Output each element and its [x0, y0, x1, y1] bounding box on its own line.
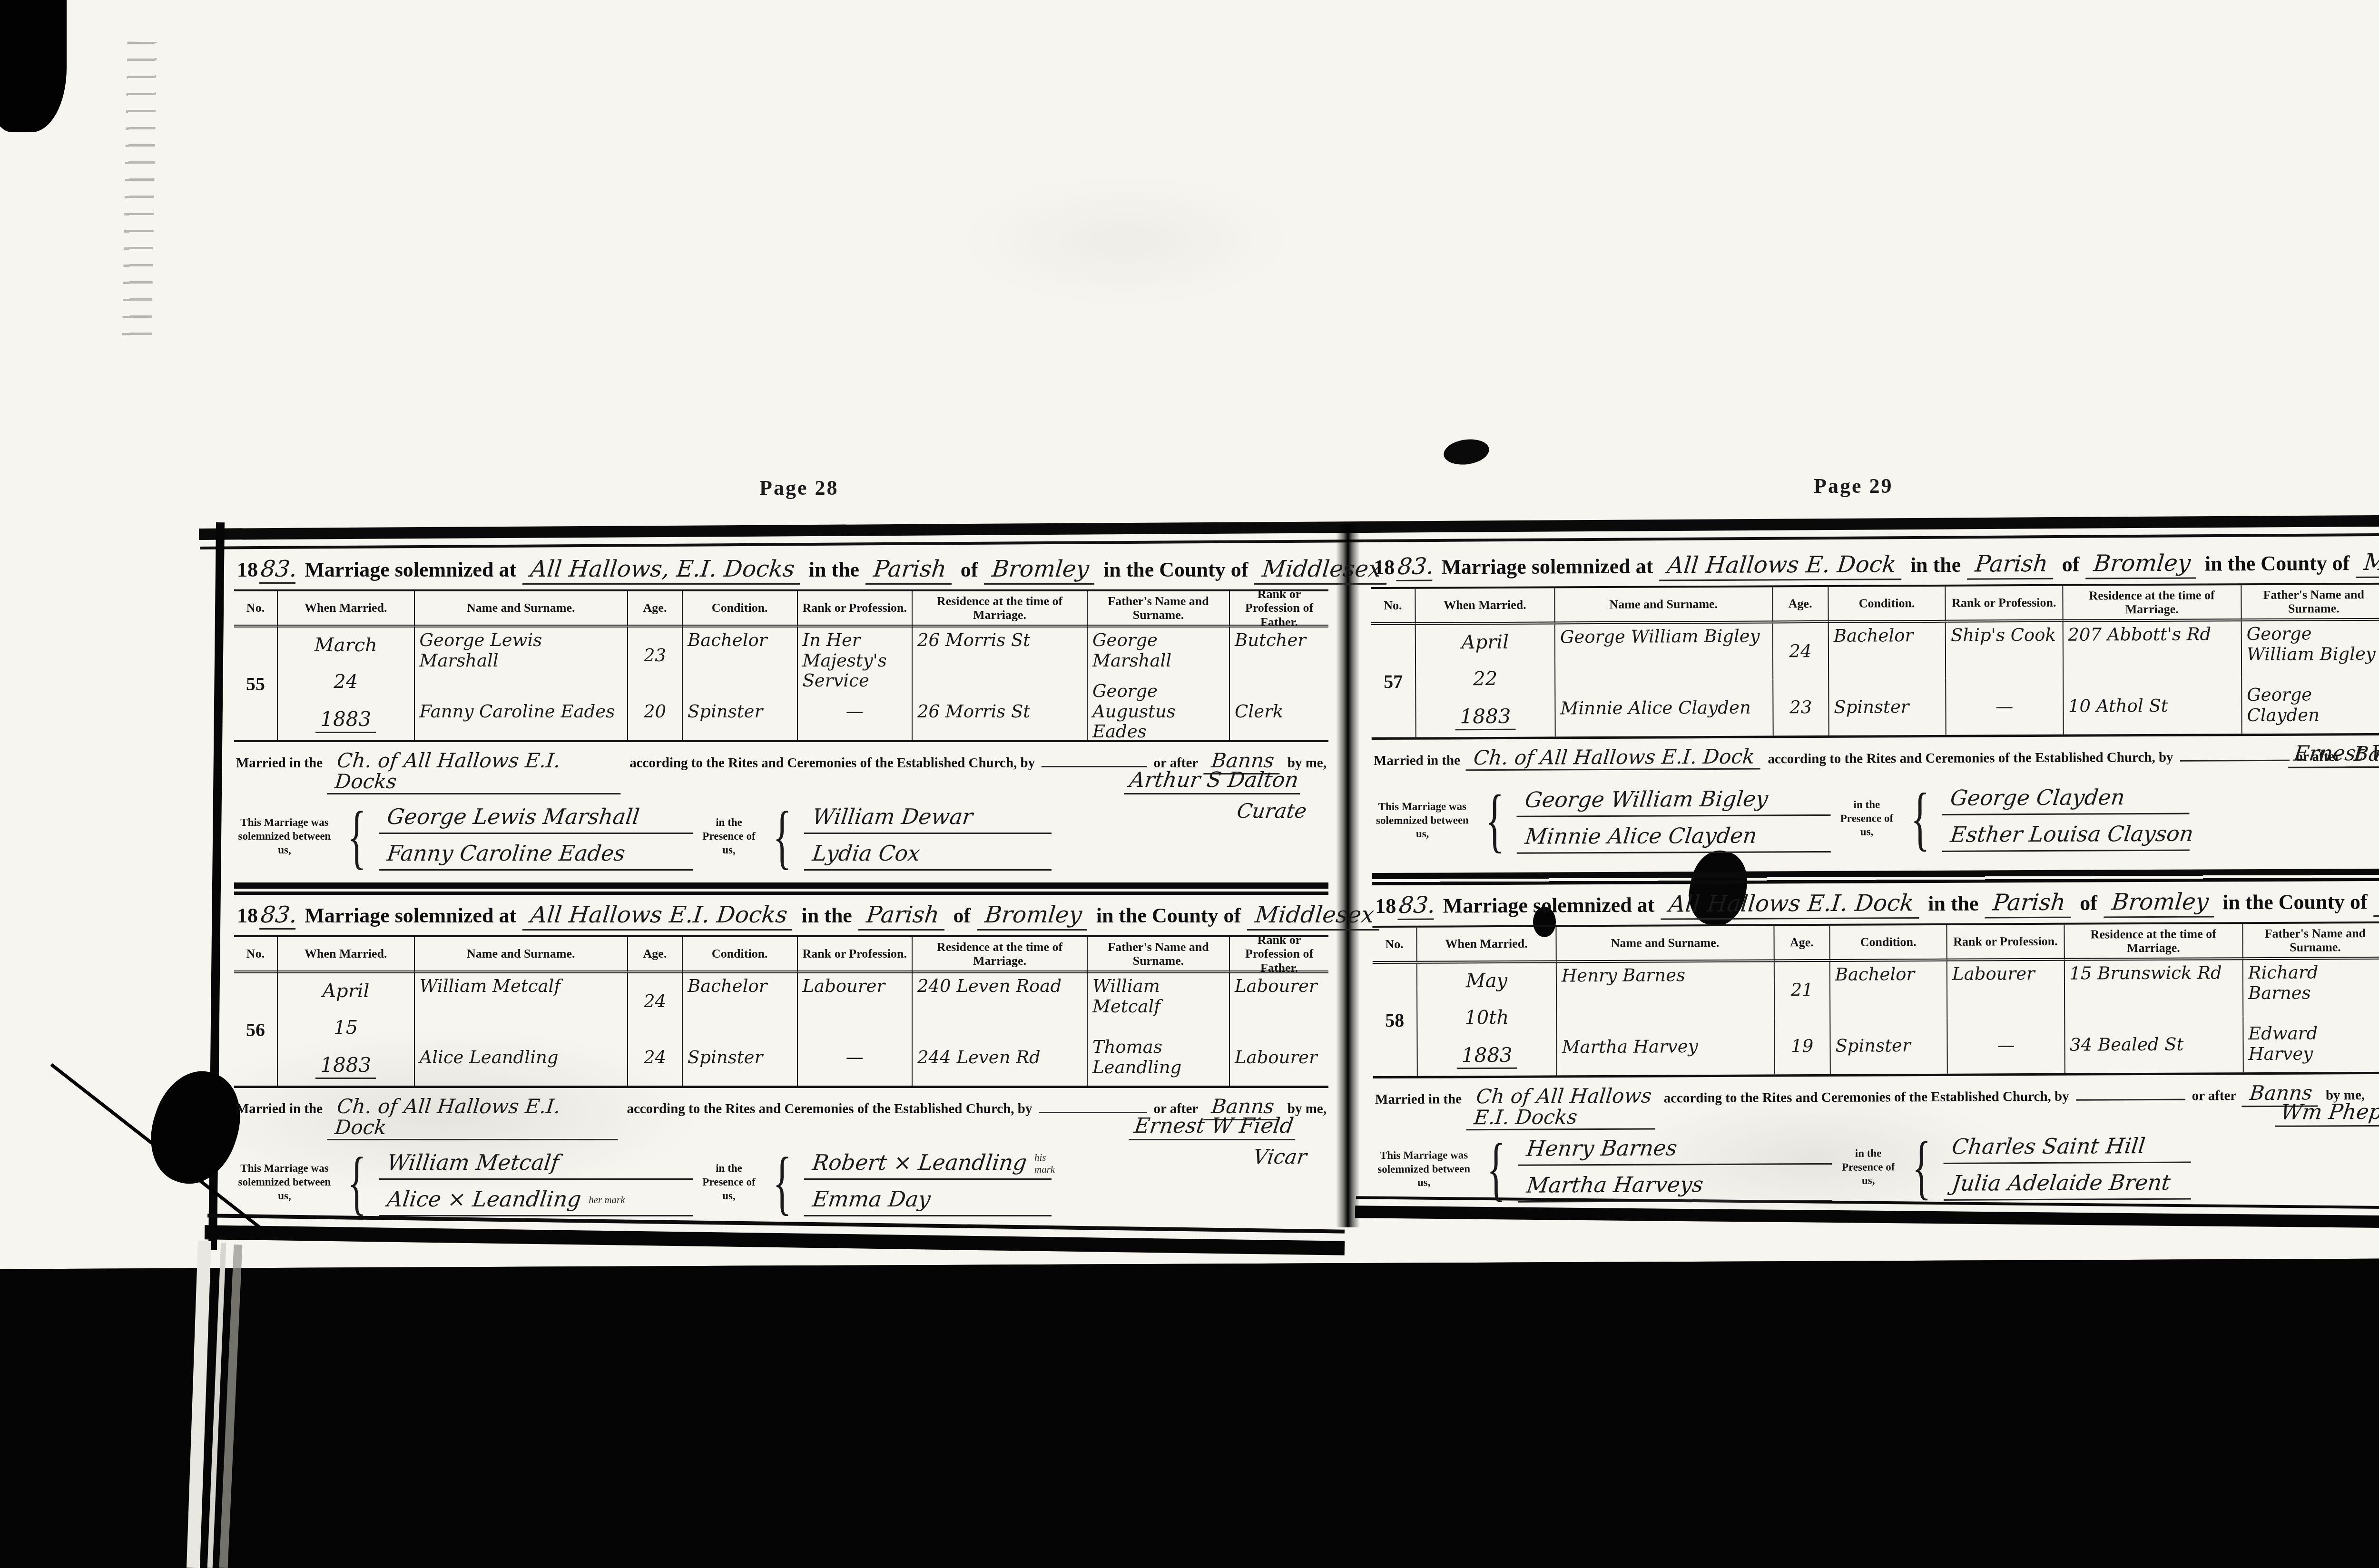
handwritten-county: Middlesex [2356, 549, 2379, 578]
bride-signature: Martha Harveys [1518, 1170, 1832, 1203]
witness-signature: Julia Adelaide Brent [1944, 1169, 2191, 1201]
printed-in-the: in the [809, 558, 859, 582]
witness-signatures: William Dewar Lydia Cox [804, 803, 1052, 871]
marriage-entry-58: 1883. Marriage solemnized at All Hallows… [1372, 882, 2379, 1210]
brace-open: { [347, 1154, 366, 1211]
col-header-age: Age. [628, 937, 683, 973]
register-table: No. When Married. Name and Surname. Age.… [234, 589, 1328, 742]
witness-signatures: George Clayden Esther Louisa Clayson [1942, 784, 2190, 852]
bride-rank-cell: — [798, 684, 913, 740]
register-table: No. When Married. Name and Surname. Age.… [1371, 582, 2379, 740]
printed-rites: according to the Rites and Ceremonies of… [1768, 750, 2173, 767]
married-in-line: Married in the Ch. of All Hallows E.I. D… [1372, 735, 2379, 773]
printed-county-of: in the County of [1103, 558, 1248, 582]
printed-county-of: in the County of [2222, 890, 2368, 914]
handwritten-county: Middlesex [1254, 556, 1389, 585]
bride-condition-cell: Spinster [683, 684, 798, 740]
handwritten-church: Ch. of All Hallows E.I. Dock [1465, 746, 1762, 771]
groom-age-cell: 24 [628, 973, 683, 1029]
signature-block: This Marriage was solemnized between us,… [234, 1141, 1328, 1226]
groom-signature: George Lewis Marshall [379, 803, 693, 834]
brace-open: { [1487, 1140, 1506, 1197]
groom-name-cell: William Metcalf [415, 973, 629, 1029]
handwritten-parish: Bromley [2085, 550, 2199, 579]
marriage-day: 15 [334, 1017, 358, 1039]
printed-solemnized-at: Marriage solemnized at [1443, 893, 1654, 918]
bride-father-cell: Edward Harvey [2243, 1016, 2379, 1072]
brace-open: { [773, 808, 792, 865]
bride-condition-cell: Spinster [1829, 679, 1946, 735]
printed-married-in: Married in the [1374, 753, 1460, 769]
groom-age-cell: 21 [1774, 962, 1830, 1019]
brace-open: { [347, 808, 366, 865]
bride-residence-cell: 34 Bealed St [2065, 1016, 2244, 1073]
bride-father-rank-cell: Clerk [1230, 684, 1328, 740]
groom-father-rank-cell: Butcher [1230, 627, 1328, 684]
couple-signatures: Henry Barnes Martha Harveys [1518, 1134, 1832, 1203]
solemnized-label: This Marriage was solemnized between us, [1373, 1148, 1474, 1190]
col-header-rank: Rank or Profession. [798, 937, 913, 973]
groom-rank-cell: Labourer [1947, 961, 2065, 1018]
bride-father-cell: George Augustus Eades [1088, 684, 1230, 740]
groom-residence-cell: 240 Leven Road [913, 973, 1088, 1029]
bride-rank-cell: — [1946, 678, 2064, 735]
groom-rank-cell: Ship's Cook [1946, 622, 2064, 679]
marriage-year: 1883 [1457, 1043, 1517, 1069]
handwritten-parish-word: Parish [858, 902, 947, 931]
handwritten-place: All Hallows E.I. Docks [522, 902, 796, 931]
handwritten-church: Ch. of All Hallows E.I. Dock [327, 1096, 622, 1140]
handwritten-parish: Bromley [2104, 888, 2217, 918]
groom-condition-cell: Bachelor [1829, 623, 1946, 679]
printed-or-after: or after [2192, 1088, 2237, 1104]
groom-condition-cell: Bachelor [683, 627, 798, 684]
handwritten-county: Middlesex [1247, 902, 1382, 931]
scan-blot-top-left [0, 0, 67, 132]
handwritten-church: Ch. of All Hallows E.I. Docks [327, 750, 625, 794]
groom-residence-cell: 207 Abbott's Rd [2063, 621, 2242, 678]
marriage-month: May [1466, 970, 1508, 992]
register-page-29: 1883. Marriage solemnized at All Hallows… [1371, 544, 2379, 1210]
handwritten-parish-word: Parish [865, 556, 954, 585]
brace-open: { [773, 1154, 792, 1211]
handwritten-year: 83. [1397, 892, 1436, 920]
brace-open: { [1912, 1138, 1931, 1196]
marriage-entry-57: 1883. Marriage solemnized at All Hallows… [1371, 544, 2379, 871]
presence-label: in the Presence of us, [698, 1162, 760, 1203]
handwritten-place: All Hallows E. Dock [1659, 551, 1904, 581]
printed-married-in: Married in the [1375, 1091, 1462, 1107]
handwritten-parish: Bromley [984, 556, 1097, 585]
marriage-month: April [322, 980, 369, 1002]
officiant-signature: Ernest W Field Vicar [2261, 741, 2379, 796]
bride-signature: Fanny Caroline Eades [379, 840, 693, 871]
marriage-day: 10th [1465, 1007, 1509, 1029]
when-married-cell: April 22 1883 [1416, 624, 1556, 737]
page-number-left: Page 28 [759, 476, 838, 500]
col-header-residence: Residence at the time of Marriage. [2063, 585, 2242, 622]
printed-county-of: in the County of [1096, 903, 1241, 928]
col-header-rank: Rank or Profession. [1947, 925, 2065, 961]
book-gutter-shadow [1336, 524, 1360, 1227]
col-header-when-married: When Married. [278, 591, 415, 627]
col-header-no: No. [1371, 589, 1416, 625]
printed-in-the: in the [802, 903, 852, 928]
col-header-father-rank: Rank or Profession of Father. [1230, 937, 1328, 973]
col-header-no: No. [234, 937, 278, 973]
groom-condition-cell: Bachelor [683, 973, 798, 1029]
printed-married-in: Married in the [236, 755, 323, 771]
bride-condition-cell: Spinster [1830, 1018, 1948, 1074]
handwritten-year: 83. [259, 902, 299, 930]
groom-residence-cell: 15 Brunswick Rd [2064, 960, 2243, 1017]
bride-rank-cell: — [1947, 1017, 2065, 1074]
witness-signature: George Clayden [1942, 784, 2189, 815]
solemnized-label: This Marriage was solemnized between us, [234, 816, 335, 857]
groom-condition-cell: Bachelor [1830, 961, 1948, 1018]
col-header-age: Age. [1774, 926, 1830, 962]
col-header-residence: Residence at the time of Marriage. [2064, 924, 2243, 961]
col-header-when-married: When Married. [278, 937, 415, 973]
bride-age-cell: 24 [628, 1029, 683, 1086]
printed-of: of [2062, 552, 2080, 577]
printed-solemnized-at: Marriage solemnized at [305, 903, 516, 928]
torn-paper-streak [187, 1241, 211, 1568]
col-header-name: Name and Surname. [1555, 587, 1773, 624]
printed-of: of [961, 558, 978, 582]
printed-county-of: in the County of [2205, 551, 2350, 576]
col-header-condition: Condition. [1828, 587, 1946, 623]
col-header-age: Age. [628, 591, 683, 627]
handwritten-year: 83. [259, 556, 299, 584]
presence-label: in the Presence of us, [698, 816, 760, 857]
handwritten-year: 83. [1396, 553, 1435, 581]
witness-signature: Charles Saint Hill [1943, 1132, 2191, 1164]
col-header-condition: Condition. [1830, 925, 1947, 962]
witness-signatures: Robert × Leandlinghis mark Emma Day [804, 1149, 1052, 1216]
register-table: No. When Married. Name and Surname. Age.… [234, 935, 1328, 1088]
printed-in-the: in the [1910, 553, 1961, 577]
handwritten-place: All Hallows E.I. Dock [1661, 890, 1922, 920]
officiant-signature: Wm Phepor Poole [2263, 1099, 2379, 1132]
groom-name-cell: George William Bigley [1555, 623, 1773, 680]
col-header-no: No. [234, 591, 278, 627]
printed-married-in: Married in the [236, 1101, 323, 1117]
col-header-age: Age. [1773, 587, 1829, 624]
page-number-right: Page 29 [1814, 474, 1893, 498]
marriage-year: 1883 [1455, 705, 1515, 730]
entry-heading: 1883. Marriage solemnized at All Hallows… [1372, 882, 2379, 923]
marriage-month: April [1462, 631, 1509, 653]
solemnized-label: This Marriage was solemnized between us, [1372, 800, 1473, 841]
groom-name-cell: George Lewis Marshall [415, 627, 629, 684]
witness-signature: Robert × Leandlinghis mark [804, 1149, 1052, 1180]
groom-signature: George William Bigley [1516, 785, 1830, 817]
handwritten-parish-word: Parish [1967, 550, 2056, 580]
col-header-residence: Residence at the time of Marriage. [913, 591, 1088, 627]
officiant-signature: Arthur S Dalton Curate [1102, 768, 1326, 823]
printed-rites: according to the Rites and Ceremonies of… [627, 1101, 1032, 1117]
entry-number: 55 [234, 627, 278, 740]
marriage-year: 1883 [315, 1054, 376, 1079]
brace-open: { [1910, 790, 1929, 847]
handwritten-parish-word: Parish [1985, 889, 2074, 919]
col-header-condition: Condition. [683, 591, 798, 627]
register-page-28: 1883. Marriage solemnized at All Hallows… [234, 551, 1328, 1226]
printed-of: of [2080, 891, 2097, 915]
groom-name-cell: Henry Barnes [1557, 962, 1775, 1019]
marriage-entry-56: 1883. Marriage solemnized at All Hallows… [234, 897, 1328, 1226]
printed-year-prefix: 18 [1374, 555, 1395, 579]
witness-signature: Emma Day [804, 1186, 1052, 1216]
bride-age-cell: 19 [1775, 1018, 1831, 1075]
bride-signature: Minnie Alice Clayden [1516, 822, 1830, 854]
col-header-father-rank: Rank or Profession of Father. [1230, 591, 1328, 627]
bride-rank-cell: — [798, 1029, 913, 1086]
col-header-condition: Condition. [683, 937, 798, 973]
entry-divider [1372, 868, 2379, 885]
signature-block: This Marriage was solemnized between us,… [234, 795, 1328, 881]
col-header-rank: Rank or Profession. [1946, 586, 2064, 623]
col-header-when-married: When Married. [1416, 588, 1555, 625]
entry-number: 58 [1373, 964, 1418, 1076]
bride-residence-cell: 10 Athol St [2064, 677, 2242, 735]
officiant-signature: Ernest W Field Vicar [1102, 1114, 1326, 1168]
entry-number: 56 [234, 973, 278, 1086]
printed-of: of [954, 903, 971, 928]
col-header-no: No. [1372, 928, 1417, 964]
bride-residence-cell: 26 Morris St [913, 684, 1088, 740]
marriage-month: March [315, 634, 377, 656]
printed-rites: according to the Rites and Ceremonies of… [629, 755, 1035, 771]
entry-heading: 1883. Marriage solemnized at All Hallows… [234, 897, 1328, 932]
marriage-entry-55: 1883. Marriage solemnized at All Hallows… [234, 551, 1328, 881]
groom-father-rank-cell: Labourer [1230, 973, 1328, 1029]
col-header-when-married: When Married. [1417, 927, 1557, 963]
groom-signature: William Metcalf [379, 1149, 693, 1180]
handwritten-county: Middlesex [2374, 887, 2379, 917]
couple-signatures: George William Bigley Minnie Alice Clayd… [1516, 785, 1831, 854]
solemnized-label: This Marriage was solemnized between us, [234, 1162, 335, 1203]
groom-residence-cell: 26 Morris St [913, 627, 1088, 684]
groom-father-cell: William Metcalf [1088, 973, 1230, 1029]
signature-block: This Marriage was solemnized between us,… [1372, 768, 2379, 871]
bride-name-cell: Martha Harvey [1557, 1018, 1775, 1075]
bride-residence-cell: 244 Leven Rd [913, 1029, 1088, 1086]
bride-age-cell: 23 [1773, 679, 1829, 736]
groom-rank-cell: In Her Majesty's Service [798, 627, 913, 684]
bride-name-cell: Fanny Caroline Eades [415, 684, 629, 740]
when-married-cell: March 24 1883 [278, 627, 415, 740]
marriage-day: 22 [1473, 668, 1497, 690]
col-header-father: Father's Name and Surname. [1088, 937, 1230, 973]
col-header-residence: Residence at the time of Marriage. [913, 937, 1088, 973]
printed-solemnized-at: Marriage solemnized at [305, 558, 516, 582]
bride-name-cell: Alice Leandling [415, 1029, 629, 1086]
printed-in-the: in the [1928, 892, 1979, 916]
entry-divider [234, 882, 1328, 895]
entry-heading: 1883. Marriage solemnized at All Hallows… [234, 551, 1328, 587]
entry-heading: 1883. Marriage solemnized at All Hallows… [1371, 544, 2379, 584]
bride-name-cell: Minnie Alice Clayden [1555, 679, 1773, 736]
entry-number: 57 [1371, 625, 1416, 737]
when-married-cell: April 15 1883 [278, 973, 415, 1086]
witness-signatures: Charles Saint Hill Julia Adelaide Brent [1943, 1132, 2191, 1201]
register-table: No. When Married. Name and Surname. Age.… [1372, 921, 2379, 1078]
groom-age-cell: 23 [628, 627, 683, 684]
couple-signatures: William Metcalf Alice × Leandlingher mar… [379, 1149, 693, 1216]
presence-label: in the Presence of us, [1837, 1147, 1899, 1188]
marriage-day: 24 [334, 671, 358, 693]
margin-pencil-marks [122, 42, 157, 347]
marriage-year: 1883 [315, 708, 376, 733]
groom-father-cell: George William Bigley [2242, 621, 2379, 677]
col-header-father: Father's Name and Surname. [2241, 585, 2379, 621]
witness-signature: Lydia Cox [804, 840, 1052, 871]
printed-year-prefix: 18 [237, 558, 258, 582]
printed-year-prefix: 18 [1375, 894, 1396, 918]
handwritten-parish: Bromley [977, 902, 1090, 931]
bride-condition-cell: Spinster [683, 1029, 798, 1086]
witness-signature: William Dewar [804, 803, 1052, 834]
col-header-name: Name and Surname. [415, 937, 629, 973]
blank-line [1039, 1098, 1147, 1113]
printed-rites: according to the Rites and Ceremonies of… [1664, 1089, 2069, 1107]
col-header-name: Name and Surname. [1557, 926, 1775, 963]
col-header-name: Name and Surname. [415, 591, 629, 627]
col-header-father: Father's Name and Surname. [1088, 591, 1230, 627]
signature-block: This Marriage was solemnized between us,… [1373, 1127, 2379, 1210]
printed-year-prefix: 18 [237, 903, 258, 928]
blank-line [1042, 752, 1147, 767]
when-married-cell: May 10th 1883 [1417, 963, 1557, 1076]
groom-age-cell: 24 [1773, 623, 1829, 680]
bride-age-cell: 20 [628, 684, 683, 740]
witness-signature: Esther Louisa Clayson [1942, 820, 2189, 852]
bride-father-cell: George Clayden [2242, 677, 2379, 734]
handwritten-church: Ch of All Hallows E.I. Docks [1466, 1085, 1659, 1130]
printed-solemnized-at: Marriage solemnized at [1441, 554, 1653, 579]
bride-father-cell: Thomas Leandling [1088, 1029, 1230, 1086]
presence-label: in the Presence of us, [1835, 798, 1898, 839]
register-scan: Page 28 Page 29 1883. Marriage solemnize… [0, 0, 2379, 1568]
married-in-line: Married in the Ch of All Hallows E.I. Do… [1373, 1074, 2379, 1132]
groom-signature: Henry Barnes [1518, 1134, 1832, 1166]
groom-rank-cell: Labourer [798, 973, 913, 1029]
col-header-rank: Rank or Profession. [798, 591, 913, 627]
brace-open: { [1485, 792, 1504, 849]
couple-signatures: George Lewis Marshall Fanny Caroline Ead… [379, 803, 693, 871]
handwritten-place: All Hallows, E.I. Docks [522, 556, 803, 585]
col-header-father: Father's Name and Surname. [2243, 923, 2379, 960]
groom-father-cell: George Marshall [1088, 627, 1230, 684]
bride-father-rank-cell: Labourer [1230, 1029, 1328, 1086]
blank-line [2076, 1085, 2185, 1101]
bride-signature: Alice × Leandlingher mark [379, 1186, 693, 1216]
groom-father-cell: Richard Barnes [2243, 960, 2379, 1016]
